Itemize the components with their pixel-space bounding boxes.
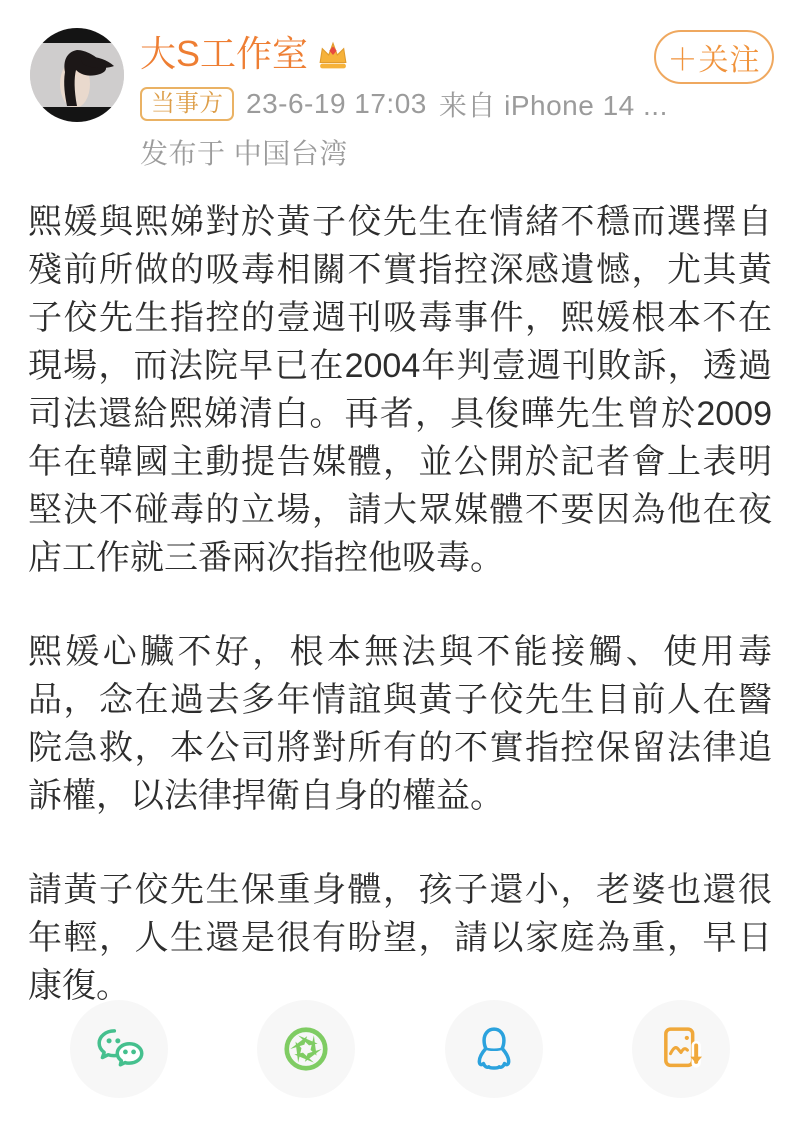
share-bar <box>0 1000 800 1098</box>
post-location: 发布于 中国台湾 <box>140 132 348 172</box>
share-moments-button[interactable] <box>257 1000 355 1098</box>
save-image-icon <box>653 1021 709 1077</box>
post-paragraph: 熙媛心臟不好，根本無法與不能接觸、使用毒品，念在過去多年情誼與黃子佼先生目前人在… <box>28 628 772 820</box>
post-paragraph: 熙媛與熙娣對於黃子佼先生在情緒不穩而選擇自殘前所做的吸毒相關不實指控深感遺憾，尤… <box>28 198 772 582</box>
user-name[interactable]: 大S工作室 <box>140 34 308 74</box>
post-paragraph: 請黃子佼先生保重身體，孩子還小，老婆也還很年輕，人生還是很有盼望，請以家庭為重，… <box>28 866 772 1010</box>
follow-button[interactable]: ＋关注 <box>654 30 774 84</box>
share-save-image-button[interactable] <box>632 1000 730 1098</box>
post-header: 大S工作室 当事方 23-6-19 17:03 来自 iPhone 14 ...… <box>0 0 800 172</box>
share-wechat-button[interactable] <box>70 1000 168 1098</box>
vip-crown-icon <box>316 40 350 70</box>
qq-penguin-icon <box>466 1021 522 1077</box>
post-source[interactable]: 来自 iPhone 14 ... <box>439 84 668 124</box>
wechat-icon <box>91 1021 147 1077</box>
location-row: 发布于 中国台湾 <box>140 132 772 172</box>
party-badge: 当事方 <box>140 87 234 121</box>
moments-aperture-icon <box>278 1021 334 1077</box>
share-qq-button[interactable] <box>445 1000 543 1098</box>
avatar-image <box>30 28 124 122</box>
post-body: 熙媛與熙娣對於黃子佼先生在情緒不穩而選擇自殘前所做的吸毒相關不實指控深感遺憾，尤… <box>0 198 800 1010</box>
post-time: 23-6-19 17:03 <box>246 88 427 120</box>
meta-row: 当事方 23-6-19 17:03 来自 iPhone 14 ... <box>140 84 772 124</box>
avatar[interactable] <box>30 28 124 122</box>
weibo-post-page: 大S工作室 当事方 23-6-19 17:03 来自 iPhone 14 ...… <box>0 0 800 1121</box>
